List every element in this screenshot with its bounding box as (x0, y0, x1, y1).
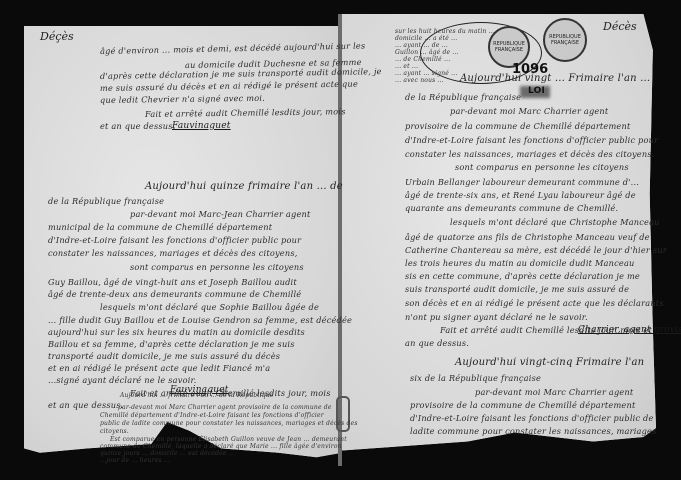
text-line: n'ont pu signer ayant déclaré ne le savo… (405, 312, 588, 322)
right-margin-label: Décès (603, 20, 637, 33)
text-line: de la République française (48, 196, 164, 206)
text-line: par-devant moi Marc-Jean Charrier agent (130, 209, 310, 219)
text-line: sont comparus en personne les citoyens (455, 162, 629, 172)
text-line: public de ladite commune pour constater … (100, 420, 358, 427)
text-line: aujourd'hui sur les six heures du matin … (48, 327, 305, 337)
text-line: et en ai rédigé le présent acte que ledi… (48, 363, 270, 373)
text-line: ... fille dudit Guy Baillou et de Louise… (48, 315, 352, 325)
text-line: ... avec nous ... (395, 77, 444, 84)
text-line: provisoire de la commune de Chemillé dép… (410, 400, 635, 410)
text-line: commune de Chemillé, laquelle a déclaré … (100, 443, 342, 450)
text-line: constater les naissances, mariages et dé… (48, 248, 298, 258)
text-line: Est comparue en personne Élisabeth Guill… (110, 436, 347, 443)
text-line: Baillou et sa femme, d'après cette décla… (48, 339, 295, 349)
text-line: transporté audit domicile, je me suis as… (48, 351, 280, 361)
text-line: ... et ... (395, 63, 418, 70)
text-line: citoyens. (100, 428, 129, 435)
text-line: lesquels m'ont déclaré que Sophie Baillo… (100, 302, 319, 312)
text-line: et an que dessus. (48, 400, 123, 410)
text-line: Chemillé département d'Indre-et-Loire fa… (100, 412, 324, 419)
text-line: par-devant moi Marc Charrier agent (475, 387, 633, 397)
text-line: d'Indre-et-Loire faisant les fonctions d… (405, 135, 658, 145)
text-line: ...signé ayant déclaré ne le savoir. (48, 375, 197, 385)
text-line: ... de Chemillé ... (395, 56, 450, 63)
text-line: de la République française (405, 92, 521, 102)
text-line: Aujourd'hui ... frimaire l'an ... de la … (120, 392, 274, 399)
text-line: six de la République française (410, 373, 541, 383)
text-line: ... ayant ... de ... (395, 42, 448, 49)
right-entry-1-heading: Aujourd'hui vingt ... Frimaire l'an ... (460, 73, 650, 84)
text-line: par-devant moi Marc Charrier agent provi… (118, 404, 332, 411)
text-line: et an que dessus. (100, 121, 175, 131)
text-line: Guy Baillou, âgé de vingt-huit ans et Jo… (48, 277, 297, 287)
text-line: Urbain Bellanger laboureur demeurant com… (405, 177, 639, 187)
right-entry-1-signature: Charrier, agent provisoire (578, 325, 681, 335)
text-line: âgé de quatorze ans fils de Christophe M… (405, 232, 650, 242)
text-line: lesquels m'ont déclaré que Christophe Ma… (450, 217, 660, 227)
text-line: quarante ans demeurants commune de Chemi… (405, 203, 618, 213)
loi-mark: LOI (528, 86, 545, 96)
right-entry-2-heading: Aujourd'hui vingt-cinq Frimaire l'an (455, 357, 644, 368)
text-line: âgé de trente-deux ans demeurants commun… (48, 289, 301, 299)
text-line: d'Indre-et-Loire faisant les fonctions d… (48, 235, 301, 245)
text-line: ... ayant ... signé ... (395, 70, 457, 77)
text-line: son décès et en ai rédigé le présent act… (405, 298, 664, 308)
text-line: Catherine Chantereau sa mère, est décédé… (405, 245, 667, 255)
left-entry-2-heading: Aujourd'hui quinze frimaire l'an ... de (145, 181, 343, 192)
text-line: par-devant moi Marc Charrier agent (450, 106, 608, 116)
text-line: âgé de trente-six ans, et René Lyau labo… (405, 190, 636, 200)
text-line: ladite commune pour constater les naissa… (410, 426, 657, 436)
text-line: sont comparus en personne les citoyens (130, 262, 304, 272)
text-line: sis en cette commune, d'après cette décl… (405, 271, 640, 281)
text-line: an que dessus. (405, 338, 469, 348)
text-line: les trois heures du matin au domicile du… (405, 258, 635, 268)
text-line: domicile ... a été ... (395, 35, 457, 42)
text-line: Guillon ... âgé de ... (395, 49, 459, 56)
tax-stamp: REPUBLIQUE FRANÇAISE (543, 18, 587, 62)
left-margin-label: Déçès (40, 30, 74, 43)
text-line: provisoire de la commune de Chemillé dép… (405, 121, 630, 131)
text-line: ...jour de ... heures ... (100, 457, 170, 464)
left-entry-1-signature: Fauvinaguet (172, 121, 231, 131)
text-line: d'Indre-et-Loire faisant les fonctions d… (410, 413, 654, 423)
text-line: suis transporté audit domicile, je me su… (405, 284, 629, 294)
text-line: quinze jours ... domicile ... est décédé… (100, 450, 235, 457)
text-line: constater les naissances, mariages et dé… (405, 149, 655, 159)
text-line: sur les huit heures du matin ... (395, 28, 495, 35)
text-line: municipal de la commune de Chemillé dépa… (48, 222, 272, 232)
